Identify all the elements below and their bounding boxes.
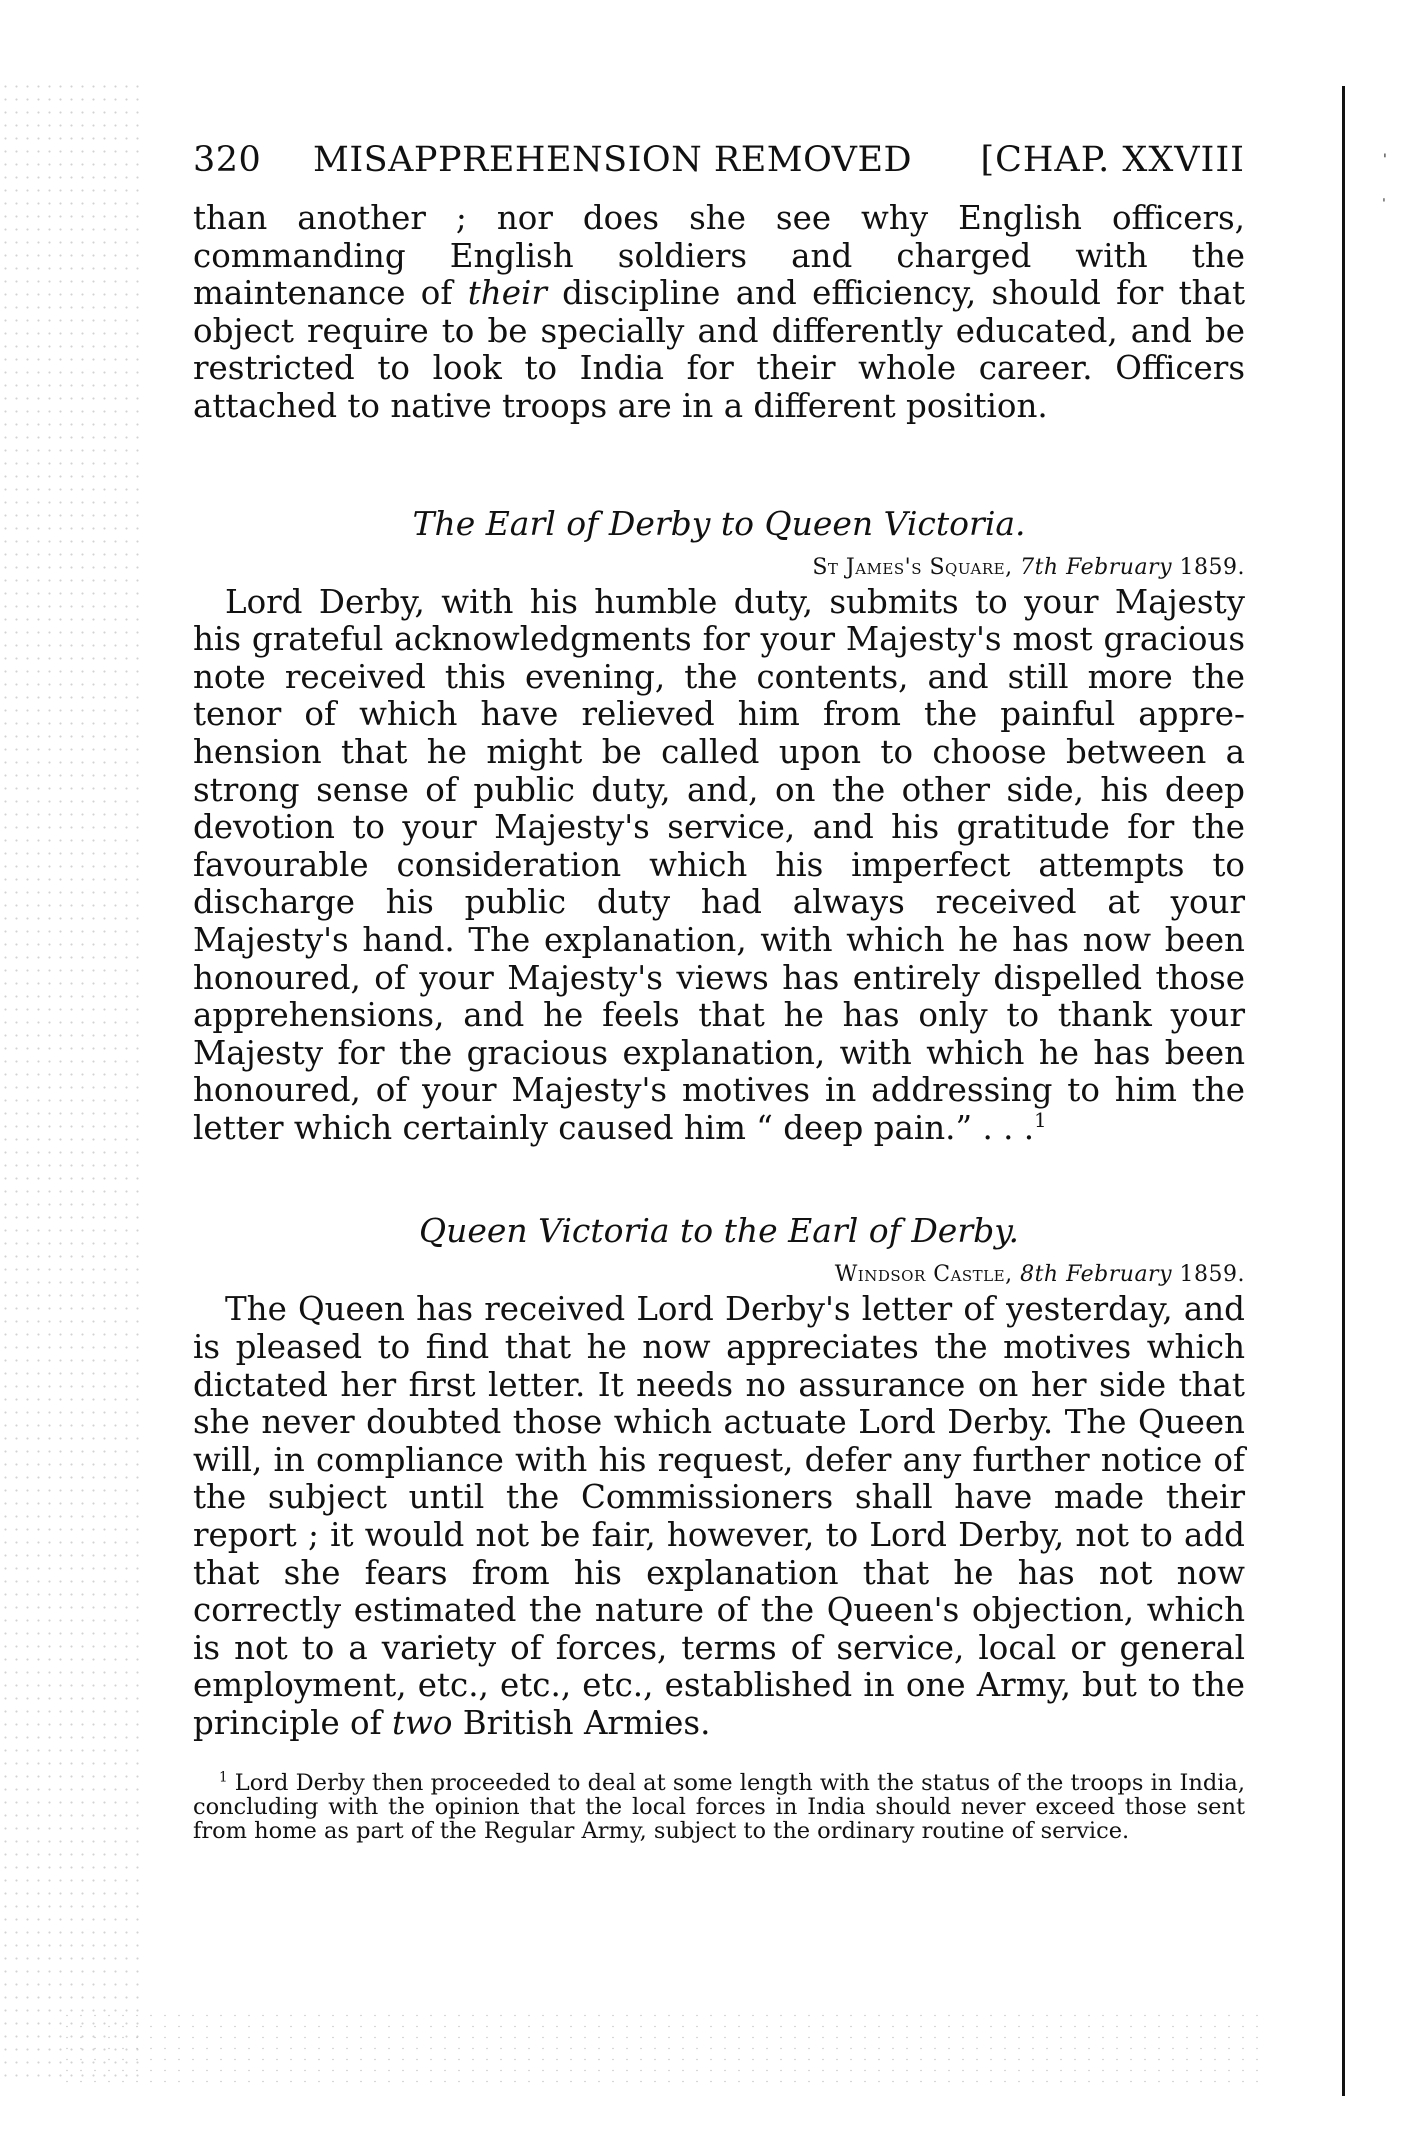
chapter-label: [CHAP. XXVIII xyxy=(980,140,1245,180)
footnote: 1 Lord Derby then proceeded to deal at s… xyxy=(193,1771,1245,1843)
dateline-day: 8th February xyxy=(1020,1262,1172,1287)
footnotes: 1 Lord Derby then proceeded to deal at s… xyxy=(193,1771,1245,1843)
footnote-text: Lord Derby then proceeded to deal at som… xyxy=(193,1770,1245,1844)
letter-body: Lord Derby, with his humble duty, submit… xyxy=(193,584,1245,1148)
page-number: 320 xyxy=(193,140,313,180)
dateline-day: 7th February xyxy=(1020,555,1172,580)
letter-body-text-1: The Queen has received Lord Derby's lett… xyxy=(193,1290,1245,1742)
footnote-reference[interactable]: 1 xyxy=(1034,1109,1046,1132)
letter-body-text-2: British Armies. xyxy=(452,1704,710,1742)
opening-paragraph: than another ; nor does she see why Engl… xyxy=(193,200,1245,426)
scan-edge-line xyxy=(1342,86,1345,2096)
letter-body: The Queen has received Lord Derby's lett… xyxy=(193,1291,1245,1742)
letter-italic-word: two xyxy=(392,1704,452,1742)
dateline-year: 1859. xyxy=(1180,555,1245,580)
scan-speckle-bottom xyxy=(60,2010,1260,2090)
scan-mark: ˌ xyxy=(1382,188,1386,204)
chapter-running-title: MISAPPREHENSION REMOVED xyxy=(313,140,980,180)
letter-heading: The Earl of Derby to Queen Victoria. xyxy=(193,504,1245,543)
book-page: 320 MISAPPREHENSION REMOVED [CHAP. XXVII… xyxy=(193,140,1245,1843)
letter-derby-to-victoria: The Earl of Derby to Queen Victoria. St … xyxy=(193,504,1245,1148)
letter-heading: Queen Victoria to the Earl of Derby. xyxy=(193,1211,1245,1250)
scan-speckle-left-margin xyxy=(0,80,140,2080)
letter-victoria-to-derby: Queen Victoria to the Earl of Derby. Win… xyxy=(193,1211,1245,1742)
letter-dateline: Windsor Castle, 8th February 1859. xyxy=(193,1262,1245,1287)
dateline-year: 1859. xyxy=(1180,1262,1245,1287)
footnote-marker: 1 xyxy=(219,1769,228,1785)
opening-italic-word: their xyxy=(468,274,547,312)
dateline-place: Windsor Castle, xyxy=(835,1262,1013,1287)
dateline-place: St James's Square, xyxy=(812,555,1012,580)
letter-dateline: St James's Square, 7th February 1859. xyxy=(193,555,1245,580)
running-head: 320 MISAPPREHENSION REMOVED [CHAP. XXVII… xyxy=(193,140,1245,192)
scan-mark: ' xyxy=(1383,152,1387,168)
letter-body-text: Lord Derby, with his humble duty, submit… xyxy=(193,583,1245,1147)
